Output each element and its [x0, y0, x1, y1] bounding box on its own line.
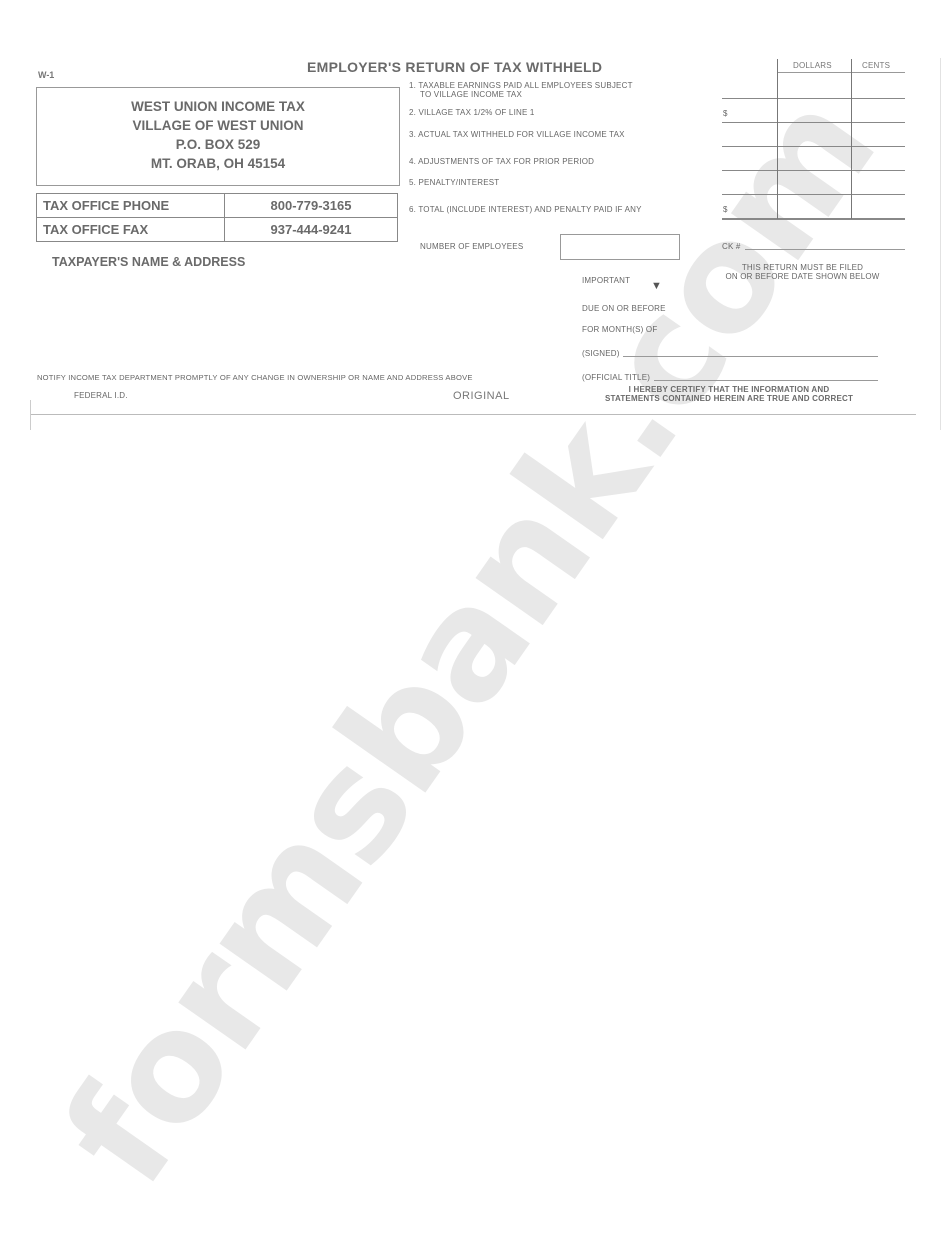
- federal-id-field[interactable]: [140, 387, 400, 401]
- line-item-5: 5. PENALTY/INTEREST: [409, 178, 499, 187]
- tax-office-address: WEST UNION INCOME TAX VILLAGE OF WEST UN…: [36, 87, 400, 186]
- contact-table: TAX OFFICE PHONE 800-779-3165 TAX OFFICE…: [36, 193, 398, 242]
- fax-label: TAX OFFICE FAX: [37, 218, 225, 242]
- check-number-field[interactable]: [745, 249, 905, 250]
- fax-value: 937-444-9241: [225, 218, 398, 242]
- due-date-field[interactable]: [680, 300, 880, 314]
- cents-column-header: CENTS: [862, 61, 890, 70]
- months-field[interactable]: [668, 321, 878, 335]
- w1-form: W-1 EMPLOYER'S RETURN OF TAX WITHHELD WE…: [0, 0, 950, 440]
- phone-label: TAX OFFICE PHONE: [37, 194, 225, 218]
- notify-notice: NOTIFY INCOME TAX DEPARTMENT PROMPTLY OF…: [37, 373, 473, 382]
- dollars-column-header: DOLLARS: [793, 61, 832, 70]
- due-date-label: DUE ON OR BEFORE: [582, 304, 666, 313]
- address-line: VILLAGE OF WEST UNION: [37, 118, 399, 133]
- certification-line: STATEMENTS CONTAINED HEREIN ARE TRUE AND…: [578, 394, 880, 403]
- line-6-cents-field[interactable]: [852, 195, 904, 217]
- line-item-6: 6. TOTAL (INCLUDE INTEREST) AND PENALTY …: [409, 205, 642, 214]
- line-text: ADJUSTMENTS OF TAX FOR PRIOR PERIOD: [418, 157, 594, 166]
- line-text: TAXABLE EARNINGS PAID ALL EMPLOYEES SUBJ…: [418, 81, 632, 90]
- certification-statement: I HEREBY CERTIFY THAT THE INFORMATION AN…: [578, 385, 880, 403]
- dollar-sign-line-6: $: [723, 205, 727, 214]
- address-line: WEST UNION INCOME TAX: [37, 99, 399, 114]
- line-text: PENALTY/INTEREST: [419, 178, 500, 187]
- phone-value: 800-779-3165: [225, 194, 398, 218]
- address-line: P.O. BOX 529: [37, 137, 399, 152]
- taxpayer-name-address-field[interactable]: [52, 275, 542, 363]
- line-5-dollars-field[interactable]: [778, 171, 850, 193]
- form-right-edge: [940, 58, 941, 430]
- form-code: W-1: [38, 70, 54, 80]
- line-2-cents-field[interactable]: [852, 99, 904, 121]
- line-text: VILLAGE TAX 1/2% OF LINE 1: [419, 108, 535, 117]
- down-arrow-icon: ▼: [651, 280, 662, 292]
- line-4-dollars-field[interactable]: [778, 147, 850, 169]
- line-number: 3.: [409, 130, 416, 139]
- line-5-cents-field[interactable]: [852, 171, 904, 193]
- line-3-cents-field[interactable]: [852, 123, 904, 145]
- filing-notice-line: THIS RETURN MUST BE FILED: [710, 263, 895, 272]
- line-2-dollars-field[interactable]: [778, 99, 850, 121]
- line-4-cents-field[interactable]: [852, 147, 904, 169]
- certification-line: I HEREBY CERTIFY THAT THE INFORMATION AN…: [578, 385, 880, 394]
- line-1-dollars-field[interactable]: [778, 74, 850, 97]
- form-bottom-rule: [30, 414, 916, 415]
- taxpayer-name-address-label: TAXPAYER'S NAME & ADDRESS: [52, 255, 245, 269]
- copy-type-label: ORIGINAL: [453, 390, 510, 402]
- filing-notice: THIS RETURN MUST BE FILED ON OR BEFORE D…: [710, 263, 895, 281]
- line-6-dollars-field[interactable]: [778, 195, 850, 217]
- official-title-field[interactable]: [654, 380, 878, 381]
- line-item-1: 1. TAXABLE EARNINGS PAID ALL EMPLOYEES S…: [409, 81, 633, 90]
- important-label: IMPORTANT: [582, 276, 630, 285]
- form-title: EMPLOYER'S RETURN OF TAX WITHHELD: [307, 59, 602, 75]
- line-item-2: 2. VILLAGE TAX 1/2% OF LINE 1: [409, 108, 535, 117]
- line-number: 2.: [409, 108, 416, 117]
- signed-label: (SIGNED): [582, 349, 620, 358]
- contact-row-fax: TAX OFFICE FAX 937-444-9241: [37, 218, 398, 242]
- grid-rule-6: [722, 218, 905, 220]
- address-line: MT. ORAB, OH 45154: [37, 156, 399, 171]
- federal-id-label: FEDERAL I.D.: [74, 391, 128, 400]
- dollar-sign-line-2: $: [723, 109, 727, 118]
- number-of-employees-label: NUMBER OF EMPLOYEES: [420, 242, 523, 251]
- line-number: 4.: [409, 157, 416, 166]
- number-of-employees-field[interactable]: [560, 234, 680, 260]
- line-text: ACTUAL TAX WITHHELD FOR VILLAGE INCOME T…: [418, 130, 625, 139]
- header-rule: [777, 72, 905, 73]
- check-number-label: CK #: [722, 242, 741, 251]
- line-item-3: 3. ACTUAL TAX WITHHELD FOR VILLAGE INCOM…: [409, 130, 625, 139]
- months-label: FOR MONTH(S) OF: [582, 325, 657, 334]
- contact-row-phone: TAX OFFICE PHONE 800-779-3165: [37, 194, 398, 218]
- form-left-edge: [30, 400, 31, 430]
- line-number: 6.: [409, 205, 416, 214]
- line-3-dollars-field[interactable]: [778, 123, 850, 145]
- line-item-1-continued: TO VILLAGE INCOME TAX: [420, 90, 522, 99]
- line-text: TOTAL (INCLUDE INTEREST) AND PENALTY PAI…: [418, 205, 641, 214]
- line-1-cents-field[interactable]: [852, 74, 904, 97]
- filing-notice-line: ON OR BEFORE DATE SHOWN BELOW: [710, 272, 895, 281]
- official-title-label: (OFFICIAL TITLE): [582, 373, 650, 382]
- signature-field[interactable]: [623, 356, 878, 357]
- line-number: 5.: [409, 178, 416, 187]
- line-item-4: 4. ADJUSTMENTS OF TAX FOR PRIOR PERIOD: [409, 157, 594, 166]
- line-number: 1.: [409, 81, 416, 90]
